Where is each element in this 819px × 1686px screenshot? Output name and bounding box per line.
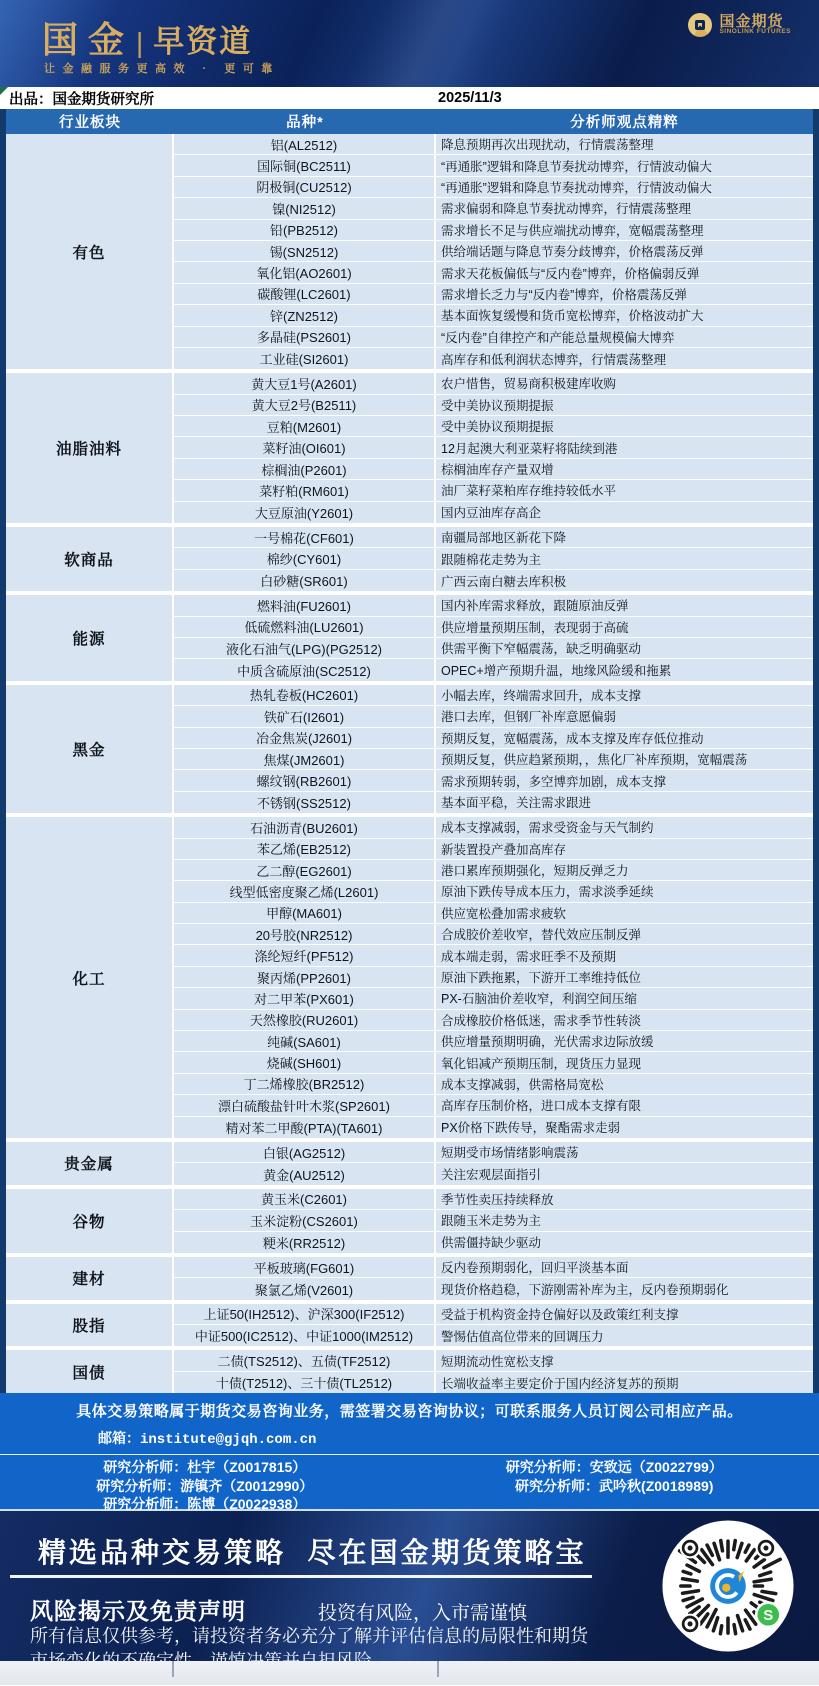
table-row: 镍(NI2512)需求偏弱和降息节奏扰动博弈，行情震荡整理 xyxy=(174,198,813,219)
variety-cell: 20号胶(NR2512) xyxy=(174,924,436,944)
slogan-underline xyxy=(10,1575,592,1578)
analyst-view-cell: 警惕估值高位带来的回调压力 xyxy=(436,1325,813,1346)
analyst-credit: 研究分析师：游镇齐（Z0012990） xyxy=(0,1478,410,1496)
sector-group: 谷物黄玉米(C2601)季节性卖压持续释放玉米淀粉(CS2601)跟随玉米走势为… xyxy=(6,1189,813,1253)
variety-cell: 螺纹钢(RB2601) xyxy=(174,770,436,790)
analyst-view-cell: 基本面平稳，关注需求跟进 xyxy=(436,792,813,813)
analyst-view-cell: “再通胀”逻辑和降息节奏扰动博弈，行情波动偏大 xyxy=(436,177,813,197)
table-row: 豆粕(M2601)受中美协议预期提振 xyxy=(174,416,813,437)
variety-cell: 黄金(AU2512) xyxy=(174,1163,436,1184)
variety-cell: 锡(SN2512) xyxy=(174,241,436,261)
analyst-view-cell: PX价格下跌传导，聚酯需求走弱 xyxy=(436,1117,813,1138)
variety-cell: 丁二烯橡胶(BR2512) xyxy=(174,1074,436,1094)
variety-cell: 国际铜(BC2511) xyxy=(174,155,436,175)
brand-name: 国金期货 xyxy=(719,14,791,30)
variety-cell: 多晶硅(PS2601) xyxy=(174,327,436,347)
variety-cell: 精对苯二甲酸(PTA)(TA601) xyxy=(174,1117,436,1138)
variety-cell: 乙二醇(EG2601) xyxy=(174,860,436,880)
analyst-column-right: 研究分析师：安致远（Z0022799）研究分析师：武吟秋(Z0018989) xyxy=(410,1459,819,1514)
variety-cell: 镍(NI2512) xyxy=(174,198,436,218)
promo-slogan: 精选品种交易策略 尽在国金期货策略宝 xyxy=(38,1531,587,1571)
analyst-view-cell: 基本面恢复缓慢和货币宽松博弈，价格波动扩大 xyxy=(436,305,813,325)
variety-cell: 二债(TS2512)、五债(TF2512) xyxy=(174,1350,436,1370)
publisher-label: 出品：国金期货研究所 xyxy=(0,88,154,109)
variety-cell: 线型低密度聚乙烯(L2601) xyxy=(174,881,436,901)
table-row: 菜籽粕(RM601)油厂菜籽菜粕库存维持较低水平 xyxy=(174,480,813,501)
table-row: 二债(TS2512)、五债(TF2512)短期流动性宽松支撑 xyxy=(174,1350,813,1371)
analyst-view-cell: 受中美协议预期提振 xyxy=(436,416,813,436)
analyst-view-cell: 棕榈油库存产量双增 xyxy=(436,459,813,479)
analyst-view-cell: OPEC+增产预期升温，地缘风险缓和拖累 xyxy=(436,659,813,680)
analyst-view-cell: 原油下跌拖累，下游开工率维持低位 xyxy=(436,967,813,987)
variety-cell: 铁矿石(I2601) xyxy=(174,706,436,726)
table-row: 苯乙烯(EB2512)新装置投产叠加高库存 xyxy=(174,839,813,860)
table-row: 锌(ZN2512)基本面恢复缓慢和货币宽松博弈，价格波动扩大 xyxy=(174,305,813,326)
analyst-view-cell: 季节性卖压持续释放 xyxy=(436,1189,813,1209)
strip-divider xyxy=(172,1661,174,1677)
analyst-view-cell: 国内豆油库存高企 xyxy=(436,502,813,523)
analyst-view-cell: 供应增量预期明确，光伏需求边际放缓 xyxy=(436,1031,813,1051)
variety-cell: 热轧卷板(HC2601) xyxy=(174,685,436,705)
analyst-view-cell: 南疆局部地区新花下降 xyxy=(436,527,813,547)
analyst-view-cell: 供需平衡下窄幅震荡，缺乏明确驱动 xyxy=(436,638,813,658)
analyst-view-cell: 需求天花板偏低与“反内卷”博弈，价格偏弱反弹 xyxy=(436,262,813,282)
variety-cell: 对二甲苯(PX601) xyxy=(174,988,436,1008)
table-row: 热轧卷板(HC2601)小幅去库，终端需求回升，成本支撑 xyxy=(174,685,813,706)
qr-code: S xyxy=(659,1517,797,1655)
compass-logo-icon xyxy=(707,1566,748,1607)
report-table: 有色铝(AL2512)降息预期再次出现扰动，行情震荡整理国际铜(BC2511)“… xyxy=(0,134,819,1393)
table-row: 低硫燃料油(LU2601)供应增量预期压制，表现弱于高硫 xyxy=(174,617,813,638)
sector-label: 能源 xyxy=(6,595,174,681)
sector-label: 软商品 xyxy=(6,527,174,591)
svg-text:S: S xyxy=(763,1607,773,1624)
variety-cell: 大豆原油(Y2601) xyxy=(174,502,436,523)
analyst-view-cell: 小幅去库，终端需求回升，成本支撑 xyxy=(436,685,813,705)
analyst-view-cell: 广西云南白糖去库积极 xyxy=(436,570,813,591)
variety-cell: 菜籽粕(RM601) xyxy=(174,480,436,500)
analyst-view-cell: 供需僵持缺少驱动 xyxy=(436,1232,813,1253)
analyst-view-cell: 成本支撑减弱，供需格局宽松 xyxy=(436,1074,813,1094)
variety-cell: 玉米淀粉(CS2601) xyxy=(174,1210,436,1230)
table-header-row: 行业板块 品种* 分析师观点精粹 xyxy=(0,109,819,134)
analyst-view-cell: 短期受市场情绪影响震荡 xyxy=(436,1142,813,1162)
masthead-logo: 国金 | 早资道 xyxy=(42,12,252,63)
analyst-view-cell: 12月起澳大利亚菜籽将陆续到港 xyxy=(436,437,813,457)
sector-group: 股指上证50(IH2512)、沪深300(IF2512)受益于机构资金持仓偏好以… xyxy=(6,1304,813,1347)
email-line: 邮箱：institute@gjqh.com.cn xyxy=(0,1428,819,1448)
table-row: 乙二醇(EG2601)港口累库预期强化，短期反弹乏力 xyxy=(174,860,813,881)
analyst-view-cell: 需求偏弱和降息节奏扰动博弈，行情震荡整理 xyxy=(436,198,813,218)
table-row: 液化石油气(LPG)(PG2512)供需平衡下窄幅震荡，缺乏明确驱动 xyxy=(174,638,813,659)
analyst-view-cell: 港口去库，但钢厂补库意愿偏弱 xyxy=(436,706,813,726)
brand-lockup: 国金期货 SINOLINK FUTURES xyxy=(688,13,791,37)
table-row: 纯碱(SA601)供应增量预期明确，光伏需求边际放缓 xyxy=(174,1031,813,1052)
variety-cell: 黄玉米(C2601) xyxy=(174,1189,436,1209)
sector-group: 贵金属白银(AG2512)短期受市场情绪影响震荡黄金(AU2512)关注宏观层面… xyxy=(6,1142,813,1185)
variety-cell: 碳酸锂(LC2601) xyxy=(174,284,436,304)
variety-cell: 豆粕(M2601) xyxy=(174,416,436,436)
table-row: 一号棉花(CF601)南疆局部地区新花下降 xyxy=(174,527,813,548)
analyst-credit: 研究分析师：安致远（Z0022799） xyxy=(410,1459,819,1477)
table-row: 黄金(AU2512)关注宏观层面指引 xyxy=(174,1163,813,1184)
analyst-view-cell: 高库存压制价格，进口成本支撑有限 xyxy=(436,1095,813,1115)
variety-cell: 中质含硫原油(SC2512) xyxy=(174,659,436,680)
variety-cell: 烧碱(SH601) xyxy=(174,1052,436,1072)
top-banner: 国金 | 早资道 让金融服务更高效 · 更可靠 国金期货 SINOLINK FU… xyxy=(0,0,819,87)
comment-marker xyxy=(0,87,8,95)
subscription-notice: 具体交易策略属于期货交易咨询业务，需签署交易咨询协议；可联系服务人员订阅公司相应… xyxy=(0,1400,819,1421)
report-date: 2025/11/3 xyxy=(438,90,502,106)
wechat-badge-icon: S xyxy=(756,1603,780,1627)
analyst-view-cell: 反内卷预期弱化，回归平淡基本面 xyxy=(436,1257,813,1277)
analyst-view-cell: 港口累库预期强化，短期反弹乏力 xyxy=(436,860,813,880)
variety-cell: 黄大豆1号(A2601) xyxy=(174,373,436,393)
sector-group: 化工石油沥青(BU2601)成本支撑减弱，需求受资金与天气制约苯乙烯(EB251… xyxy=(6,817,813,1138)
table-row: 平板玻璃(FG601)反内卷预期弱化，回归平淡基本面 xyxy=(174,1257,813,1278)
table-row: 不锈钢(SS2512)基本面平稳，关注需求跟进 xyxy=(174,792,813,813)
analyst-view-cell: 长端收益率主要定价于国内经济复苏的预期 xyxy=(436,1372,813,1393)
meta-bar: 出品：国金期货研究所 2025/11/3 xyxy=(0,87,819,109)
analyst-view-cell: 现货价格趋稳，下游刚需补库为主，反内卷预期弱化 xyxy=(436,1278,813,1299)
risk-warning: 投资有风险，入市需谨慎 xyxy=(318,1598,527,1625)
analyst-view-cell: 供应增量预期压制，表现弱于高硫 xyxy=(436,617,813,637)
analyst-view-cell: 合成橡胶价格低迷，需求季节性转淡 xyxy=(436,1010,813,1030)
table-row: 聚氯乙烯(V2601)现货价格趋稳，下游刚需补库为主，反内卷预期弱化 xyxy=(174,1278,813,1299)
analyst-view-cell: 油厂菜籽菜粕库存维持较低水平 xyxy=(436,480,813,500)
brand-name-en: SINOLINK FUTURES xyxy=(719,29,791,36)
sector-label: 股指 xyxy=(6,1304,174,1347)
variety-cell: 阴极铜(CU2512) xyxy=(174,177,436,197)
variety-cell: 聚氯乙烯(V2601) xyxy=(174,1278,436,1299)
variety-cell: 白银(AG2512) xyxy=(174,1142,436,1162)
table-row: 粳米(RR2512)供需僵持缺少驱动 xyxy=(174,1232,813,1253)
table-row: 石油沥青(BU2601)成本支撑减弱，需求受资金与天气制约 xyxy=(174,817,813,838)
variety-cell: 不锈钢(SS2512) xyxy=(174,792,436,813)
analyst-view-cell: 合成胶价差收窄，替代效应压制反弹 xyxy=(436,924,813,944)
sector-label: 贵金属 xyxy=(6,1142,174,1185)
table-row: 黄大豆1号(A2601)农户惜售，贸易商积极建库收购 xyxy=(174,373,813,394)
table-row: 国际铜(BC2511)“再通胀”逻辑和降息节奏扰动博弈，行情波动偏大 xyxy=(174,155,813,176)
table-row: 黄玉米(C2601)季节性卖压持续释放 xyxy=(174,1189,813,1210)
analyst-credit: 研究分析师：杜宇（Z0017815） xyxy=(0,1459,410,1477)
sector-label: 有色 xyxy=(6,134,174,369)
disclaimer-title: 风险揭示及免责声明 xyxy=(30,1593,246,1626)
sector-group: 有色铝(AL2512)降息预期再次出现扰动，行情震荡整理国际铜(BC2511)“… xyxy=(6,134,813,369)
table-row: 氧化铝(AO2601)需求天花板偏低与“反内卷”博弈，价格偏弱反弹 xyxy=(174,262,813,283)
analyst-view-cell: 新装置投产叠加高库存 xyxy=(436,839,813,859)
analyst-view-cell: 跟随棉花走势为主 xyxy=(436,548,813,568)
sector-label: 黑金 xyxy=(6,685,174,813)
banner-tagline: 让金融服务更高效 · 更可靠 xyxy=(44,60,280,76)
variety-cell: 漂白硫酸盐针叶木浆(SP2601) xyxy=(174,1095,436,1115)
table-row: 阴极铜(CU2512)“再通胀”逻辑和降息节奏扰动博弈，行情波动偏大 xyxy=(174,177,813,198)
variety-cell: 天然橡胶(RU2601) xyxy=(174,1010,436,1030)
next-page-strip xyxy=(0,1661,819,1685)
sector-group: 国债二债(TS2512)、五债(TF2512)短期流动性宽松支撑十债(T2512… xyxy=(6,1350,813,1393)
table-row: 铁矿石(I2601)港口去库，但钢厂补库意愿偏弱 xyxy=(174,706,813,727)
table-row: 烧碱(SH601)氧化铝减产预期压制，现货压力显现 xyxy=(174,1052,813,1073)
variety-cell: 黄大豆2号(B2511) xyxy=(174,395,436,415)
analyst-credit: 研究分析师：武吟秋(Z0018989) xyxy=(410,1478,819,1496)
table-row: 焦煤(JM2601)预期反复，供应趋紧预期，，焦化厂补库预期，宽幅震荡 xyxy=(174,749,813,770)
analyst-view-cell: 成本端走弱，需求旺季不及预期 xyxy=(436,945,813,965)
analyst-view-cell: “再通胀”逻辑和降息节奏扰动博弈，行情波动偏大 xyxy=(436,155,813,175)
sector-label: 国债 xyxy=(6,1350,174,1393)
table-row: 精对苯二甲酸(PTA)(TA601)PX价格下跌传导，聚酯需求走弱 xyxy=(174,1117,813,1138)
analyst-view-cell: “反内卷”自律控产和产能总量规模偏大博弈 xyxy=(436,327,813,347)
analyst-view-cell: 供应宽松叠加需求疲软 xyxy=(436,903,813,923)
table-row: 碳酸锂(LC2601)需求增长乏力与“反内卷”博弈，价格震荡反弹 xyxy=(174,284,813,305)
promo-section: 精选品种交易策略 尽在国金期货策略宝 风险揭示及免责声明 投资有风险，入市需谨慎… xyxy=(0,1511,819,1661)
sector-group: 油脂油料黄大豆1号(A2601)农户惜售，贸易商积极建库收购黄大豆2号(B251… xyxy=(6,373,813,523)
analyst-view-cell: 氧化铝减产预期压制，现货压力显现 xyxy=(436,1052,813,1072)
table-row: 中质含硫原油(SC2512)OPEC+增产预期升温，地缘风险缓和拖累 xyxy=(174,659,813,680)
header-sector: 行业板块 xyxy=(6,111,174,132)
table-row: 聚丙烯(PP2601)原油下跌拖累，下游开工率维持低位 xyxy=(174,967,813,988)
analyst-view-cell: 国内补库需求释放，跟随原油反弹 xyxy=(436,595,813,615)
table-row: 棉纱(CY601)跟随棉花走势为主 xyxy=(174,548,813,569)
table-row: 漂白硫酸盐针叶木浆(SP2601)高库存压制价格，进口成本支撑有限 xyxy=(174,1095,813,1116)
variety-cell: 白砂糖(SR601) xyxy=(174,570,436,591)
variety-cell: 苯乙烯(EB2512) xyxy=(174,839,436,859)
variety-cell: 上证50(IH2512)、沪深300(IF2512) xyxy=(174,1304,436,1324)
variety-cell: 棉纱(CY601) xyxy=(174,548,436,568)
analyst-view-cell: 预期反复，宽幅震荡，成本支撑及库存低位推动 xyxy=(436,728,813,748)
table-row: 对二甲苯(PX601)PX-石脑油价差收窄，利润空间压缩 xyxy=(174,988,813,1009)
table-row: 冶金焦炭(J2601)预期反复，宽幅震荡，成本支撑及库存低位推动 xyxy=(174,728,813,749)
table-row: 线型低密度聚乙烯(L2601)原油下跌传导成本压力，需求淡季延续 xyxy=(174,881,813,902)
analyst-list: 研究分析师：杜宇（Z0017815）研究分析师：游镇齐（Z0012990）研究分… xyxy=(0,1459,819,1514)
table-row: 丁二烯橡胶(BR2512)成本支撑减弱，供需格局宽松 xyxy=(174,1074,813,1095)
header-analyst-view: 分析师观点精粹 xyxy=(436,111,813,132)
table-row: 工业硅(SI2601)高库存和低利润状态博弈，行情震荡整理 xyxy=(174,348,813,369)
variety-cell: 冶金焦炭(J2601) xyxy=(174,728,436,748)
analyst-view-cell: 农户惜售，贸易商积极建库收购 xyxy=(436,373,813,393)
variety-cell: 涤纶短纤(PF512) xyxy=(174,945,436,965)
variety-cell: 铅(PB2512) xyxy=(174,220,436,240)
table-row: 棕榈油(P2601)棕榈油库存产量双增 xyxy=(174,459,813,480)
logo-text-guojin: 国金 xyxy=(42,12,134,63)
variety-cell: 聚丙烯(PP2601) xyxy=(174,967,436,987)
sector-group: 能源燃料油(FU2601)国内补库需求释放，跟随原油反弹低硫燃料油(LU2601… xyxy=(6,595,813,681)
analyst-view-cell: 受益于机构资金持仓偏好以及政策红利支撑 xyxy=(436,1304,813,1324)
variety-cell: 锌(ZN2512) xyxy=(174,305,436,325)
analyst-view-cell: 成本支撑减弱，需求受资金与天气制约 xyxy=(436,817,813,837)
variety-cell: 纯碱(SA601) xyxy=(174,1031,436,1051)
brand-coin-icon xyxy=(688,13,712,37)
analyst-view-cell: 跟随玉米走势为主 xyxy=(436,1210,813,1230)
variety-cell: 石油沥青(BU2601) xyxy=(174,817,436,837)
table-row: 菜籽油(OI601)12月起澳大利亚菜籽将陆续到港 xyxy=(174,437,813,458)
variety-cell: 液化石油气(LPG)(PG2512) xyxy=(174,638,436,658)
variety-cell: 甲醇(MA601) xyxy=(174,903,436,923)
analyst-view-cell: 关注宏观层面指引 xyxy=(436,1163,813,1184)
analyst-view-cell: 短期流动性宽松支撑 xyxy=(436,1350,813,1370)
variety-cell: 低硫燃料油(LU2601) xyxy=(174,617,436,637)
table-row: 中证500(IC2512)、中证1000(IM2512)警惕估值高位带来的回调压… xyxy=(174,1325,813,1346)
analyst-view-cell: 预期反复，供应趋紧预期，，焦化厂补库预期，宽幅震荡 xyxy=(436,749,813,769)
contact-footer: 具体交易策略属于期货交易咨询业务，需签署交易咨询协议；可联系服务人员订阅公司相应… xyxy=(0,1393,819,1511)
table-row: 锡(SN2512)供给端话题与降息节奏分歧博弈，价格震荡反弹 xyxy=(174,241,813,262)
footer-divider xyxy=(0,1454,819,1455)
table-row: 白砂糖(SR601)广西云南白糖去库积极 xyxy=(174,570,813,591)
sector-group: 黑金热轧卷板(HC2601)小幅去库，终端需求回升，成本支撑铁矿石(I2601)… xyxy=(6,685,813,813)
sector-group: 软商品一号棉花(CF601)南疆局部地区新花下降棉纱(CY601)跟随棉花走势为… xyxy=(6,527,813,591)
strip-divider xyxy=(437,1661,439,1677)
table-row: 天然橡胶(RU2601)合成橡胶价格低迷，需求季节性转淡 xyxy=(174,1010,813,1031)
logo-separator: | xyxy=(136,27,143,59)
table-row: 白银(AG2512)短期受市场情绪影响震荡 xyxy=(174,1142,813,1163)
variety-cell: 粳米(RR2512) xyxy=(174,1232,436,1253)
analyst-view-cell: 受中美协议预期提振 xyxy=(436,395,813,415)
table-row: 甲醇(MA601)供应宽松叠加需求疲软 xyxy=(174,903,813,924)
header-variety: 品种* xyxy=(174,111,436,132)
variety-cell: 燃料油(FU2601) xyxy=(174,595,436,615)
table-row: 20号胶(NR2512)合成胶价差收窄，替代效应压制反弹 xyxy=(174,924,813,945)
table-row: 玉米淀粉(CS2601)跟随玉米走势为主 xyxy=(174,1210,813,1231)
variety-cell: 菜籽油(OI601) xyxy=(174,437,436,457)
table-row: 黄大豆2号(B2511)受中美协议预期提振 xyxy=(174,395,813,416)
sector-group: 建材平板玻璃(FG601)反内卷预期弱化，回归平淡基本面聚氯乙烯(V2601)现… xyxy=(6,1257,813,1300)
variety-cell: 氧化铝(AO2601) xyxy=(174,262,436,282)
sector-label: 化工 xyxy=(6,817,174,1138)
analyst-view-cell: 原油下跌传导成本压力，需求淡季延续 xyxy=(436,881,813,901)
table-row: 燃料油(FU2601)国内补库需求释放，跟随原油反弹 xyxy=(174,595,813,616)
variety-cell: 棕榈油(P2601) xyxy=(174,459,436,479)
analyst-view-cell: 需求增长乏力与“反内卷”博弈，价格震荡反弹 xyxy=(436,284,813,304)
variety-cell: 一号棉花(CF601) xyxy=(174,527,436,547)
sector-label: 谷物 xyxy=(6,1189,174,1253)
logo-product-name: 早资道 xyxy=(153,16,252,61)
variety-cell: 焦煤(JM2601) xyxy=(174,749,436,769)
analyst-view-cell: 降息预期再次出现扰动，行情震荡整理 xyxy=(436,134,813,154)
sector-label: 建材 xyxy=(6,1257,174,1300)
variety-cell: 中证500(IC2512)、中证1000(IM2512) xyxy=(174,1325,436,1346)
table-row: 多晶硅(PS2601)“反内卷”自律控产和产能总量规模偏大博弈 xyxy=(174,327,813,348)
table-row: 螺纹钢(RB2601)需求预期转弱，多空博弈加剧，成本支撑 xyxy=(174,770,813,791)
analyst-view-cell: 需求预期转弱，多空博弈加剧，成本支撑 xyxy=(436,770,813,790)
sector-label: 油脂油料 xyxy=(6,373,174,523)
variety-cell: 工业硅(SI2601) xyxy=(174,348,436,369)
table-row: 涤纶短纤(PF512)成本端走弱，需求旺季不及预期 xyxy=(174,945,813,966)
analyst-view-cell: PX-石脑油价差收窄，利润空间压缩 xyxy=(436,988,813,1008)
table-row: 上证50(IH2512)、沪深300(IF2512)受益于机构资金持仓偏好以及政… xyxy=(174,1304,813,1325)
analyst-view-cell: 高库存和低利润状态博弈，行情震荡整理 xyxy=(436,348,813,369)
analyst-view-cell: 供给端话题与降息节奏分歧博弈，价格震荡反弹 xyxy=(436,241,813,261)
variety-cell: 平板玻璃(FG601) xyxy=(174,1257,436,1277)
table-row: 铝(AL2512)降息预期再次出现扰动，行情震荡整理 xyxy=(174,134,813,155)
variety-cell: 铝(AL2512) xyxy=(174,134,436,154)
table-row: 大豆原油(Y2601)国内豆油库存高企 xyxy=(174,502,813,523)
analyst-view-cell: 需求增长不足与供应端扰动博弈，宽幅震荡整理 xyxy=(436,220,813,240)
analyst-column-left: 研究分析师：杜宇（Z0017815）研究分析师：游镇齐（Z0012990）研究分… xyxy=(0,1459,410,1514)
table-row: 十债(T2512)、三十债(TL2512)长端收益率主要定价于国内经济复苏的预期 xyxy=(174,1372,813,1393)
table-row: 铅(PB2512)需求增长不足与供应端扰动博弈，宽幅震荡整理 xyxy=(174,220,813,241)
variety-cell: 十债(T2512)、三十债(TL2512) xyxy=(174,1372,436,1393)
